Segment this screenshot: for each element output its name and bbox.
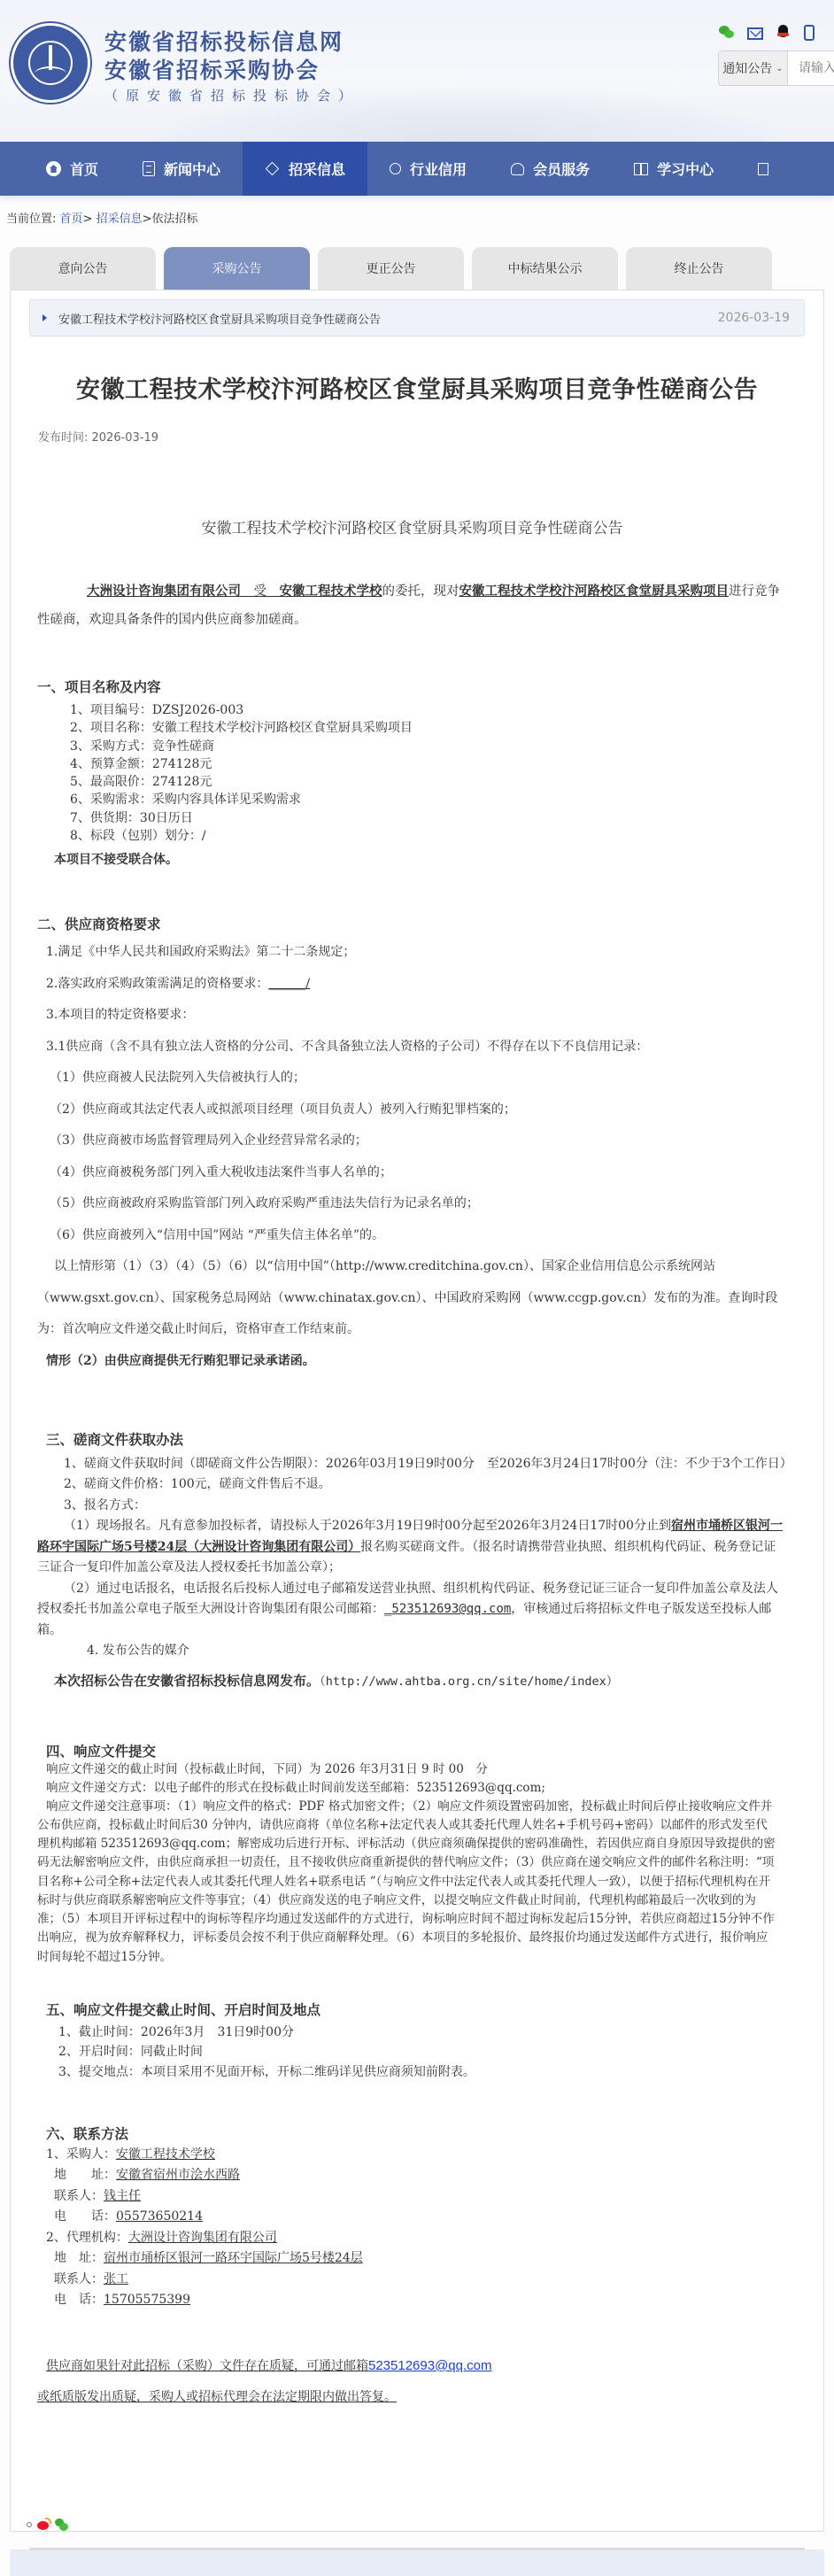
field-label: 地 址： <box>54 2168 116 2182</box>
article-container: 安徽工程技术学校汴河路校区食堂厨具采购项目竞争性磋商公告 2026-03-19 … <box>10 290 824 2532</box>
article-title-bar: 安徽工程技术学校汴河路校区食堂厨具采购项目竞争性磋商公告 2026-03-19 <box>29 299 805 337</box>
search-input[interactable] <box>788 51 834 85</box>
list-item: 2、开启时间：同截止时间 <box>58 2042 787 2062</box>
complaint-text: 或纸质版发出质疑，采购人或招标代理会在法定期限内做出答复。 <box>37 2390 397 2404</box>
agency-phone-value: 15705575399 <box>104 2293 190 2307</box>
caret-right-icon <box>42 314 47 321</box>
publish-media-note: 本次招标公告在安徽省招标投标信息网发布。（http://www.ahtba.or… <box>46 1671 787 1690</box>
nav-item-learning-center[interactable]: 学习中心 <box>612 142 736 196</box>
section-heading: 五、响应文件提交截止时间、开启时间及地点 <box>46 2000 787 2019</box>
credit-record-item: （1）供应商被人民法院列入失信被执行人的； <box>37 1063 787 1095</box>
article-bar-date: 2026-03-19 <box>718 311 790 325</box>
breadcrumb-home[interactable]: 首页 <box>60 213 83 226</box>
tab-award-result[interactable]: 中标结果公示 <box>472 247 618 290</box>
nav-item-label: 会员服务 <box>533 159 590 179</box>
mobile-icon[interactable] <box>804 25 815 41</box>
site-title-line1: 安徽省招标投标信息网 <box>104 28 359 57</box>
layers-icon <box>266 162 280 176</box>
article-title: 安徽工程技术学校汴河路校区食堂厨具采购项目竞争性磋商公告 <box>29 370 805 405</box>
acquisition-time: 1、磋商文件获取时间（即磋商文件公告期限）：2026年03月19日9时00分 至… <box>37 1454 787 1475</box>
phone-registration: （2）通过电话报名，电话报名后投标人通过电子邮箱发送营业执照、组织机构代码证、税… <box>37 1579 787 1642</box>
nav-item-label: 首页 <box>70 159 98 179</box>
project-info-list: 1、项目编号：DZSJ2026-003 2、项目名称：安徽工程技术学校汴河路校区… <box>37 701 787 845</box>
complaint-email-link[interactable]: 523512693@qq.com <box>368 2358 492 2373</box>
nav-item-label: 行业信用 <box>410 159 467 179</box>
nav-item-label: 学习中心 <box>657 159 714 179</box>
section-deadline-opening: 五、响应文件提交截止时间、开启时间及地点 1、截止时间：2026年3月 31日9… <box>37 2000 787 2083</box>
site-title-line3: （原安徽省招标投标协会） <box>104 85 359 106</box>
credit-record-item: （5）供应商被政府采购监管部门列入政府采购严重违法失信行为记录名单的； <box>37 1188 787 1220</box>
list-item: 7、供货期：30日历日 <box>70 809 787 827</box>
section-heading: 二、供应商资格要求 <box>37 914 787 933</box>
nav-item-label: 新闻中心 <box>164 159 220 179</box>
nav-item-news[interactable]: 新闻中心 <box>120 142 243 196</box>
project-name: 安徽工程技术学校汴河路校区食堂厨具采购项目 <box>459 584 730 599</box>
section-heading: 六、联系方法 <box>46 2123 787 2145</box>
list-item: 5、最高限价：274128元 <box>70 773 787 791</box>
publish-media-text: 本次招标公告在安徽省招标投标信息网发布。 <box>54 1673 320 1689</box>
buyer-phone-row: 电 话：05573650214 <box>46 2207 787 2228</box>
document-price: 2、磋商文件价格：100元，磋商文件售后不退。 <box>46 1474 787 1496</box>
bribery-commitment-note: 情形（2）由供应商提供无行贿犯罪记录承诺函。 <box>37 1348 787 1374</box>
home-icon <box>46 161 61 176</box>
intro-receive: 受 <box>241 584 280 599</box>
mail-icon[interactable] <box>747 27 763 40</box>
list-item: 8、标段（包别）划分：/ <box>70 827 787 845</box>
complaint-line1: 供应商如果针对此招标（采购）文件存在质疑，可通过邮箱523512693@qq.c… <box>37 2350 787 2382</box>
qualification-item: 3.1供应商（含不具有独立法人资格的分公司、不含具备独立法人资格的子公司）不得存… <box>37 1032 787 1064</box>
qq-icon[interactable] <box>776 25 792 41</box>
section-document-acquisition: 三、磋商文件获取办法 1、磋商文件获取时间（即磋商文件公告期限）：2026年03… <box>37 1429 787 1690</box>
announcement-tabs: 意向公告 采购公告 更正公告 中标结果公示 终止公告 <box>0 247 834 290</box>
credit-record-item: （3）供应商被市场监督管理局列入企业经营异常名录的； <box>37 1126 787 1157</box>
footer-strip <box>10 2549 824 2576</box>
tab-procurement-announcement[interactable]: 采购公告 <box>164 247 310 290</box>
section-response-submission: 四、响应文件提交 响应文件递交的截止时间（投标截止时间，下同）为 2026 年3… <box>37 1741 787 1967</box>
breadcrumb-prefix: 当前位置: <box>6 213 56 226</box>
calendar-icon <box>758 163 768 175</box>
section-heading: 一、项目名称及内容 <box>37 677 787 696</box>
list-item: 3、采购方式：竞争性磋商 <box>70 738 787 755</box>
wechat-icon[interactable] <box>719 25 735 41</box>
onsite-registration-text: （1）现场报名。凡有意参加投标者，请投标人于2026年3月19日9时00分起至2… <box>64 1519 671 1533</box>
submission-deadline: 响应文件递交的截止时间（投标截止时间，下同）为 2026 年3月31日 9 时 … <box>46 1760 787 1779</box>
chevron-down-icon: ⌄ <box>776 64 783 73</box>
site-title[interactable]: 安徽省招标投标信息网 安徽省招标采购协会 （原安徽省招标投标协会） <box>104 28 359 106</box>
qualification-label: 2.落实政府采购政策需满足的资格要求： <box>46 977 268 991</box>
section-supplier-qualifications: 二、供应商资格要求 1.满足《中华人民共和国政府采购法》第二十二条规定； 2.落… <box>37 914 787 1374</box>
breadcrumb-current: 依法招标 <box>152 213 198 226</box>
search-category-select[interactable]: 通知公告 ⌄ <box>719 51 788 85</box>
breadcrumb: 当前位置: 首页> 招采信息>依法招标 <box>0 209 834 227</box>
field-label: 2、代理机构： <box>46 2231 128 2245</box>
article-subtitle: 安徽工程技术学校汴河路校区食堂厨具采购项目竞争性磋商公告 <box>37 515 787 538</box>
agency-contact-row: 联系人：张工 <box>46 2270 787 2291</box>
content-divider <box>29 2548 805 2550</box>
document-icon <box>143 161 155 176</box>
breadcrumb-procurement-info[interactable]: 招采信息 <box>97 213 143 226</box>
credit-query-paragraph: 以上情形第（1）（3）（4）（5）（6）以“信用中国”（http://www.c… <box>37 1251 787 1346</box>
registration-email[interactable]: _523512693@qq.com <box>384 1602 511 1616</box>
award-icon <box>390 163 401 174</box>
buyer-contact-row: 联系人：钱主任 <box>46 2186 787 2208</box>
agency-address-value: 宿州市埇桥区银河一路环宇国际广场5号楼24层 <box>104 2251 363 2265</box>
publish-time: 发布时间: 2026-03-19 <box>29 428 805 445</box>
wechat-icon[interactable] <box>55 2518 67 2531</box>
association-logo-seal[interactable] <box>11 23 90 103</box>
qualification-value: ______/ <box>268 977 310 991</box>
agency-address-row: 地 址：宿州市埇桥区银河一路环宇国际广场5号楼24层 <box>46 2248 787 2270</box>
publish-time-label: 发布时间: <box>38 431 92 445</box>
tab-correction-announcement[interactable]: 更正公告 <box>318 247 464 290</box>
nav-item-member-services[interactable]: 会员服务 <box>489 142 612 196</box>
nav-item-industry-credit[interactable]: 行业信用 <box>367 142 489 196</box>
header-contact-icons <box>719 25 815 41</box>
field-label: 电 话： <box>54 2293 104 2307</box>
credit-record-item: （6）供应商被列入“信用中国”网站 “严重失信主体名单”的。 <box>37 1220 787 1252</box>
buyer-phone-value: 05573650214 <box>116 2209 203 2224</box>
logo-arc <box>35 66 66 81</box>
submission-method: 响应文件递交方式：以电子邮件的形式在投标截止时间前发送至邮箱：523512693… <box>46 1779 787 1798</box>
field-label: 地 址： <box>54 2251 104 2265</box>
search-category-label: 通知公告 <box>722 59 772 77</box>
nav-item-home[interactable]: 首页 <box>24 142 120 196</box>
publish-media-heading: 4. 发布公告的媒介 <box>46 1641 787 1662</box>
consortium-note: 本项目不接受联合体。 <box>37 850 787 868</box>
agency-contact-value: 张工 <box>104 2272 128 2286</box>
site-title-line2: 安徽省招标采购协会 <box>104 57 359 85</box>
list-item: 1、项目编号：DZSJ2026-003 <box>70 701 787 719</box>
list-item: 6、采购需求：采购内容具体详见采购需求 <box>70 791 787 808</box>
tab-intent-announcement[interactable]: 意向公告 <box>10 247 156 290</box>
section-heading: 四、响应文件提交 <box>46 1741 787 1760</box>
tab-termination-announcement[interactable]: 终止公告 <box>626 247 772 290</box>
list-item: 4、预算金额：274128元 <box>70 755 787 773</box>
breadcrumb-separator: > <box>83 213 93 226</box>
weibo-icon[interactable] <box>37 2518 50 2531</box>
submission-notes: 响应文件递交注意事项：（1）响应文件的格式：PDF 格式加密文件；（2）响应文件… <box>37 1798 787 1967</box>
intro-mid: 的委托，现对 <box>382 584 459 599</box>
nav-item-label: 招采信息 <box>289 159 345 179</box>
complaint-line2: 或纸质版发出质疑，采购人或招标代理会在法定期限内做出答复。 <box>37 2382 787 2413</box>
list-item: 3、提交地点：本项目采用不见面开标，开标二维码详见供应商须知前附表。 <box>58 2062 787 2083</box>
site-header: 安徽省招标投标信息网 安徽省招标采购协会 （原安徽省招标投标协会） 通知公告 ⌄ <box>0 0 834 142</box>
section-heading: 三、磋商文件获取办法 <box>46 1429 787 1449</box>
complaint-text: 供应商如果针对此招标（采购）文件存在质疑，可通过邮箱 <box>46 2359 368 2373</box>
agency-phone-row: 电 话：15705575399 <box>46 2290 787 2311</box>
agency-value: 大洲设计咨询集团有限公司 <box>128 2231 277 2245</box>
article-body: 安徽工程技术学校汴河路校区食堂厨具采购项目竞争性磋商公告 大洲设计咨询集团有限公… <box>29 515 805 2413</box>
buyer-address-value: 安徽省宿州市浍水西路 <box>116 2168 240 2182</box>
agency-row: 2、代理机构：大洲设计咨询集团有限公司 <box>46 2228 787 2249</box>
onsite-registration: （1）现场报名。凡有意参加投标者，请投标人于2026年3月19日9时00分起至2… <box>37 1516 787 1579</box>
section-contact: 六、联系方法 1、采购人：安徽工程技术学校 地 址：安徽省宿州市浍水西路 联系人… <box>37 2123 787 2311</box>
list-item: 1、截止时间：2026年3月 31日9时00分 <box>58 2023 787 2043</box>
publish-media-url[interactable]: （http://www.ahtba.org.cn/site/home/index… <box>320 1675 618 1689</box>
nav-item-more[interactable] <box>736 142 768 196</box>
qualification-item: 1.满足《中华人民共和国政府采购法》第二十二条规定； <box>37 937 787 969</box>
buyer-row: 1、采购人：安徽工程技术学校 <box>46 2145 787 2166</box>
breadcrumb-separator: > <box>143 213 152 226</box>
agency-name: 大洲设计咨询集团有限公司 <box>87 584 241 599</box>
registration-method: 3、报名方式： <box>46 1496 787 1517</box>
credit-record-item: （2）供应商或其法定代表人或拟派项目经理（项目负责人）被列入行贿犯罪档案的； <box>37 1095 787 1126</box>
buyer-contact-value: 钱主任 <box>104 2189 141 2203</box>
intro-paragraph: 大洲设计咨询集团有限公司 受 安徽工程技术学校的委托，现对安徽工程技术学校汴河路… <box>37 577 787 634</box>
field-label: 联系人： <box>54 2272 104 2286</box>
section-project-info: 一、项目名称及内容 1、项目编号：DZSJ2026-003 2、项目名称：安徽工… <box>37 677 787 868</box>
field-label: 电 话： <box>54 2209 116 2224</box>
field-label: 1、采购人： <box>46 2147 116 2162</box>
main-nav: 首页 新闻中心 招采信息 行业信用 会员服务 学习中心 <box>0 142 834 196</box>
nav-item-procurement-info[interactable]: 招采信息 <box>243 142 367 196</box>
article-bar-title: 安徽工程技术学校汴河路校区食堂厨具采购项目竞争性磋商公告 <box>58 310 381 327</box>
buyer-value: 安徽工程技术学校 <box>116 2147 215 2162</box>
qualification-item: 3.本项目的特定资格要求： <box>37 1000 787 1032</box>
deadline-list: 1、截止时间：2026年3月 31日9时00分 2、开启时间：同截止时间 3、提… <box>46 2023 787 2083</box>
publish-time-value: 2026-03-19 <box>92 431 159 445</box>
book-icon <box>634 163 648 175</box>
qualification-item: 2.落实政府采购政策需满足的资格要求：______/ <box>37 969 787 1001</box>
search-box: 通知公告 ⌄ <box>718 50 834 86</box>
list-item: 2、项目名称：安徽工程技术学校汴河路校区食堂厨具采购项目 <box>70 719 787 737</box>
share-icon[interactable] <box>27 2522 32 2527</box>
buyer-address-row: 地 址：安徽省宿州市浍水西路 <box>46 2165 787 2186</box>
field-label: 联系人： <box>54 2189 104 2203</box>
share-bar <box>27 2518 67 2531</box>
buyer-name: 安徽工程技术学校 <box>280 584 382 599</box>
complaint-note: 供应商如果针对此招标（采购）文件存在质疑，可通过邮箱523512693@qq.c… <box>37 2350 787 2413</box>
credit-record-item: （4）供应商被税务部门列入重大税收违法案件当事人名单的； <box>37 1157 787 1189</box>
users-icon <box>511 163 524 175</box>
